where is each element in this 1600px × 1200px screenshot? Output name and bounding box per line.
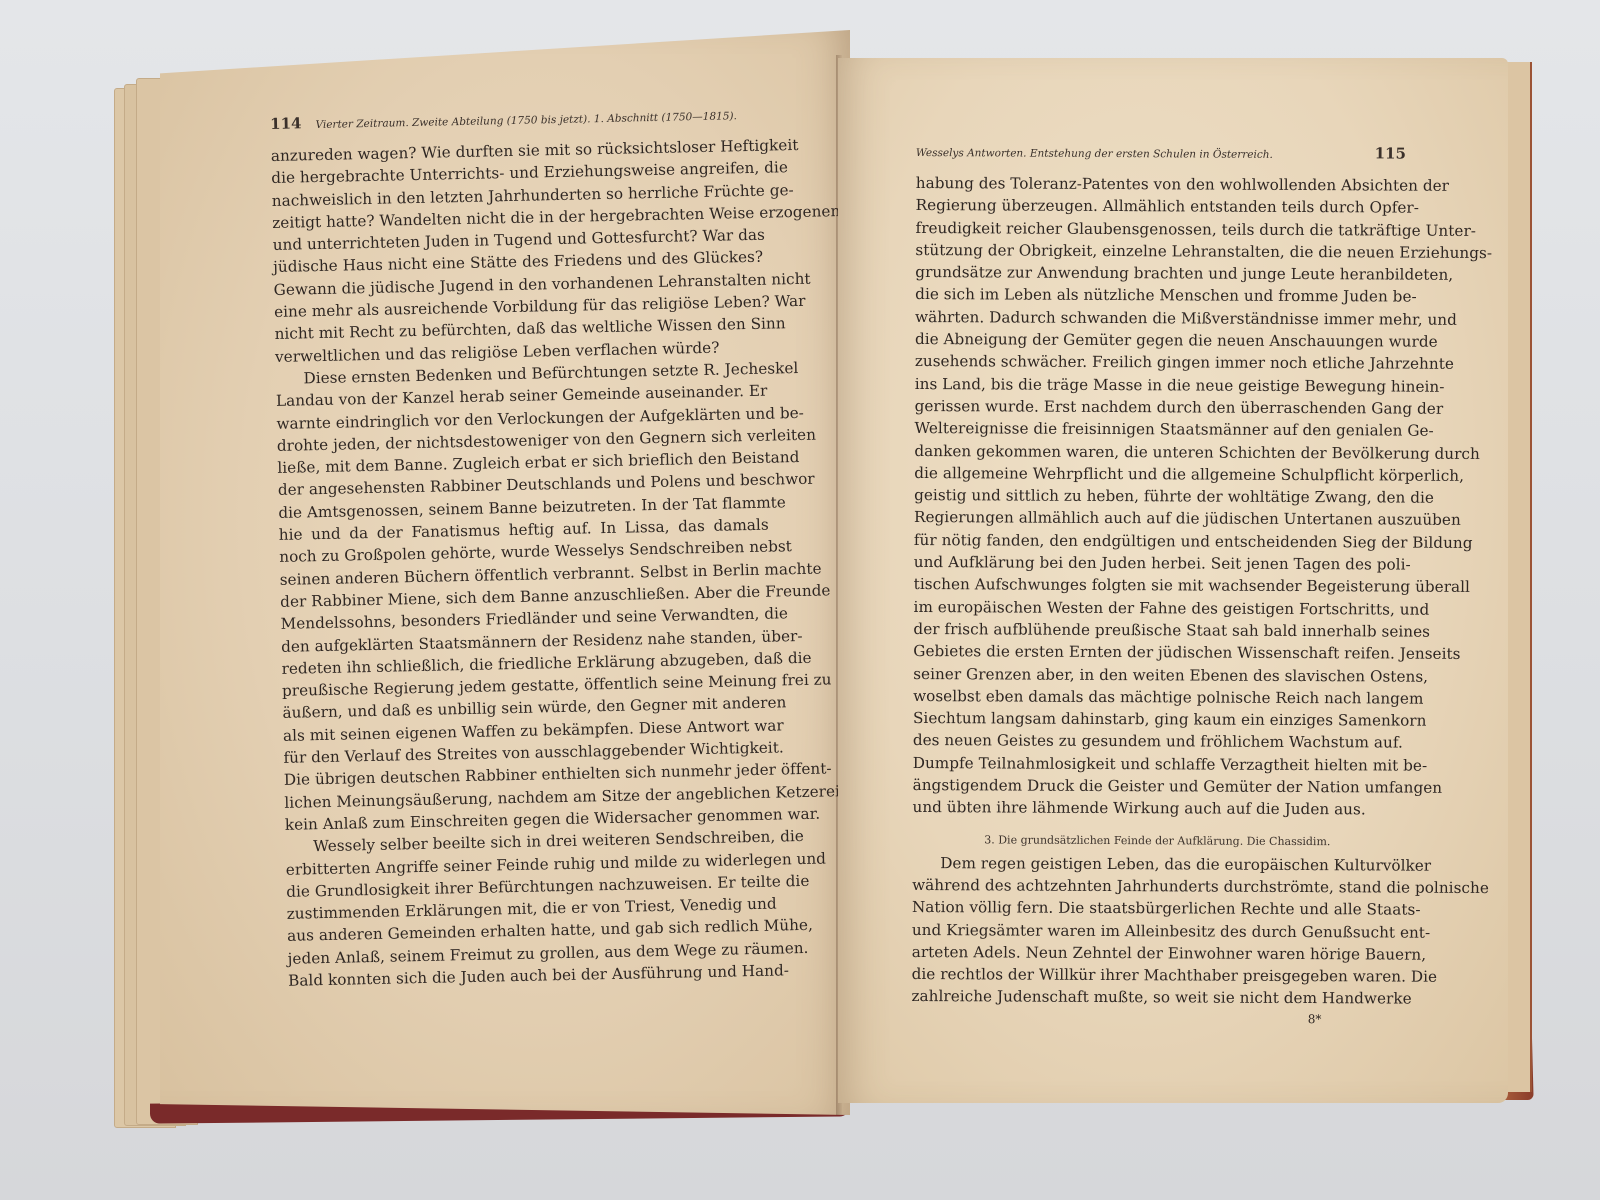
text-line: stützung der Obrigkeit, einzelne Lehrans…: [915, 239, 1405, 264]
text-line: gerissen wurde. Erst nachdem durch den ü…: [915, 395, 1405, 420]
text-line: zusehends schwächer. Freilich gingen imm…: [915, 350, 1405, 375]
section-heading: 3. Die grundsätzlichen Feinde der Aufklä…: [912, 833, 1402, 849]
text-line: Regierung überzeugen. Allmählich entstan…: [916, 194, 1406, 219]
text-line: arteten Adels. Neun Zehntel der Einwohne…: [912, 941, 1402, 966]
text-line: des neuen Geistes zu gesundem und fröhli…: [913, 729, 1403, 754]
body-text: anzureden wagen? Wie durften sie mit so …: [271, 135, 779, 992]
text-line: habung des Toleranz-Patentes von den woh…: [916, 172, 1406, 197]
text-line: und übten ihre lähmende Wirkung auch auf…: [912, 796, 1402, 821]
text-line: grundsätze zur Anwendung brachten und ju…: [915, 261, 1405, 286]
text-line: geistig und sittlich zu heben, führte de…: [914, 484, 1404, 509]
text-line: die sich im Leben als nützliche Menschen…: [915, 283, 1405, 308]
right-page: Wesselys Antworten. Entstehung der erste…: [838, 58, 1508, 1103]
text-line: und Kriegsämter waren im Alleinbesitz de…: [912, 918, 1402, 943]
running-head: Wesselys Antworten. Entstehung der erste…: [916, 142, 1406, 163]
text-line: danken gekommen waren, die unteren Schic…: [914, 440, 1404, 465]
text-line: der frisch aufblühende preußische Staat …: [913, 618, 1403, 643]
text-line: ins Land, bis die träge Masse in die neu…: [915, 373, 1405, 398]
text-line: Regierungen allmählich auch auf die jüdi…: [914, 506, 1404, 531]
left-page: 114 Vierter Zeitraum. Zweite Abteilung (…: [160, 30, 850, 1115]
text-line: Gebietes die ersten Ernten der jüdischen…: [913, 640, 1403, 665]
photo-scene: 114 Vierter Zeitraum. Zweite Abteilung (…: [0, 0, 1600, 1200]
page-number: 114: [270, 114, 302, 133]
text-line: woselbst eben damals das mächtige polnis…: [913, 685, 1403, 710]
text-line: für nötig fanden, den endgültigen und en…: [914, 529, 1404, 554]
text-line: seiner Grenzen aber, in den weiten Ebene…: [913, 663, 1403, 688]
text-line: die Abneigung der Gemüter gegen die neue…: [915, 328, 1405, 353]
text-line: Siechtum langsam dahinstarb, ging kaum e…: [913, 707, 1403, 732]
text-line: Dem regen geistigen Leben, das die europ…: [912, 852, 1402, 877]
text-line: tischen Aufschwunges folgten sie mit wac…: [914, 573, 1404, 598]
text-line: Weltereignisse die freisinnigen Staatsmä…: [914, 417, 1404, 442]
right-page-text: Wesselys Antworten. Entstehung der erste…: [911, 142, 1406, 1026]
body-text: habung des Toleranz-Patentes von den woh…: [912, 172, 1405, 821]
text-line: freudigkeit reicher Glaubensgenossen, te…: [915, 217, 1405, 242]
signature-mark: 8*: [911, 1010, 1401, 1027]
text-line: im europäischen Westen der Fahne des gei…: [914, 596, 1404, 621]
running-head-text: Wesselys Antworten. Entstehung der erste…: [916, 147, 1273, 161]
text-line: Dumpfe Teilnahmlosigkeit und schlaffe Ve…: [913, 752, 1403, 777]
running-head-text: Vierter Zeitraum. Zweite Abteilung (1750…: [315, 110, 737, 131]
text-line: die allgemeine Wehrpflicht und die allge…: [914, 462, 1404, 487]
text-line: ängstigendem Druck die Geister und Gemüt…: [913, 774, 1403, 799]
text-line: währten. Dadurch schwanden die Mißverstä…: [915, 306, 1405, 331]
page-number: 115: [1375, 144, 1406, 162]
running-head: 114 Vierter Zeitraum. Zweite Abteilung (…: [270, 105, 760, 133]
text-line: die rechtlos der Willkür ihrer Machthabe…: [912, 963, 1402, 988]
left-page-text: 114 Vierter Zeitraum. Zweite Abteilung (…: [270, 105, 778, 992]
text-line: zahlreiche Judenschaft mußte, so weit si…: [911, 985, 1401, 1010]
section-body-text: Dem regen geistigen Leben, das die europ…: [911, 852, 1402, 1011]
text-line: und Aufklärung bei den Juden herbei. Sei…: [914, 551, 1404, 576]
text-line: während des achtzehnten Jahrhunderts dur…: [912, 874, 1402, 899]
text-line: Nation völlig fern. Die staatsbürgerlich…: [912, 896, 1402, 921]
